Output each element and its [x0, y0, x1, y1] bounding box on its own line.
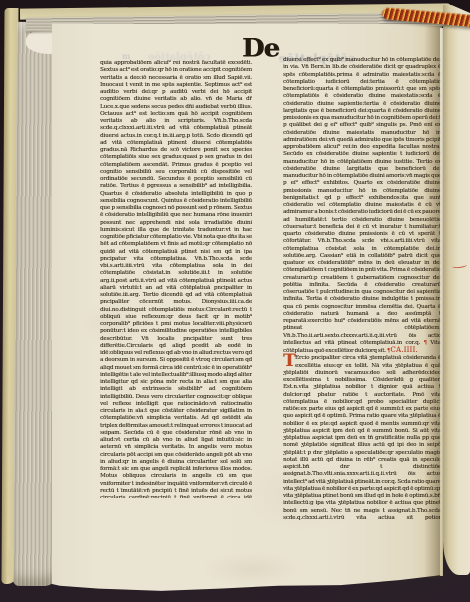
open-book-page: cōtēplatiōe cōtēplatiōe m De quia approb… [52, 24, 442, 592]
running-title: De [242, 37, 279, 62]
facing-page-edge [443, 5, 470, 575]
text-column-left: quia approbatiōem alicui⁹ rei nostrā fac… [100, 60, 252, 498]
body-text-right-intro: diuersi effect⁹ ex quib⁹ manuducitur hō … [283, 57, 441, 346]
text-column-right: diuersi effect⁹ ex quib⁹ manuducitur hō … [283, 57, 441, 521]
body-text-left: quia approbatiōem alicui⁹ rei nostrā fac… [100, 60, 252, 498]
gutter-fold-highlight [440, 28, 443, 576]
body-text-right-chapter: Ercio pncipaliter circa vitā ʒtemplatiuā… [283, 355, 441, 521]
chapter-paragraph: TErcio pncipaliter circa vitā ʒtemplatiu… [283, 355, 441, 521]
chapter-number-label: CA.IIII. [390, 346, 418, 354]
rubric-initial-letter: T [283, 355, 294, 369]
photo-background: cōtēplatiōe cōtēplatiōe m De quia approb… [0, 0, 470, 602]
